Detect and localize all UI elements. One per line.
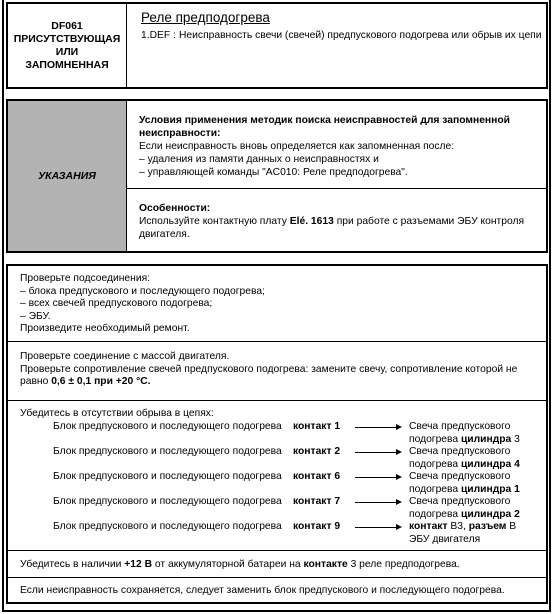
ground-check-text: Проверьте соединение с массой двигателя. [20, 351, 534, 364]
row-pin: контакт 1 [293, 421, 340, 434]
battery-text-pre: Убедитесь в наличии [20, 559, 124, 570]
row-source: Блок предпускового и последующего подогр… [53, 446, 282, 459]
fault-status-line: ЗАПОМНЕННАЯ [25, 59, 108, 72]
continuity-row: Блок предпускового и последующего подогр… [8, 421, 546, 446]
connections-item: – блока предпускового и последующего под… [20, 286, 534, 299]
battery-text-post: 3 реле предподогрева. [348, 559, 460, 570]
battery-voltage: +12 В [124, 559, 152, 570]
continuity-intro: Убедитесь в отсутствии обрыва в цепях: [20, 408, 534, 421]
conditions-item: – управляющей команды "AC010: Реле предп… [139, 166, 534, 179]
fault-header: DF061 ПРИСУТСТВУЮЩАЯ ИЛИ ЗАПОМНЕННАЯ Рел… [6, 2, 548, 89]
row-destination: контакт B3, разъем BЭБУ двигателя [409, 521, 539, 546]
final-text: Если неисправность сохраняется, следует … [20, 585, 505, 596]
arrow-icon [355, 527, 399, 528]
arrow-icon [355, 502, 399, 503]
resistance-temp: +20 °C. [116, 376, 151, 387]
row-source: Блок предпускового и последующего подогр… [53, 496, 282, 509]
row-source: Блок предпускового и последующего подогр… [53, 471, 282, 484]
row-destination: Свеча предпусковогоподогрева цилиндра 2 [409, 496, 539, 521]
row-destination: Свеча предпусковогоподогрева цилиндра 4 [409, 446, 539, 471]
resistance-text: Проверьте сопротивление свечей предпуско… [20, 364, 534, 389]
row-pin: контакт 9 [293, 521, 340, 534]
checks-box: Проверьте подсоединения: – блока предпус… [6, 264, 548, 604]
resistance-check: Проверьте соединение с массой двигателя.… [8, 342, 546, 401]
connections-item: – ЭБУ. [20, 311, 534, 324]
connections-outro: Произведите необходимый ремонт. [20, 323, 534, 336]
conditions-intro: Если неисправность вновь определяется ка… [139, 140, 534, 153]
connections-intro: Проверьте подсоединения: [20, 273, 534, 286]
continuity-row: Блок предпускового и последующего подогр… [8, 496, 546, 521]
connections-check: Проверьте подсоединения: – блока предпус… [8, 266, 546, 342]
fault-description-cell: Реле предподогрева 1.DEF : Неисправность… [127, 4, 546, 87]
fault-status-line: ИЛИ [56, 46, 78, 59]
row-pin: контакт 7 [293, 496, 340, 509]
conditions-title: Условия применения методик поиска неиспр… [139, 114, 534, 140]
battery-contact: контакте [304, 559, 348, 570]
battery-text-mid: от аккумуляторной батареи на [152, 559, 303, 570]
connections-item: – всех свечей предпускового подогрева; [20, 298, 534, 311]
arrow-icon [355, 452, 399, 453]
indications-label-cell: УКАЗАНИЯ [8, 101, 127, 251]
features-text-pre: Используйте контактную плату [139, 216, 290, 227]
continuity-row: Блок предпускового и последующего подогр… [8, 446, 546, 471]
features-title: Особенности: [139, 202, 534, 215]
features-text: Используйте контактную плату Elé. 1613 п… [139, 215, 534, 241]
final-action: Если неисправность сохраняется, следует … [8, 578, 546, 602]
features-cell: Особенности: Используйте контактную плат… [127, 190, 546, 251]
indications-label: УКАЗАНИЯ [38, 170, 96, 182]
continuity-check: Убедитесь в отсутствии обрыва в цепях: Б… [8, 401, 546, 551]
resistance-value: 0,6 ± 0,1 [51, 376, 91, 387]
fault-code: DF061 [51, 20, 83, 33]
row-source: Блок предпускового и последующего подогр… [53, 421, 282, 434]
row-pin: контакт 6 [293, 471, 340, 484]
indications-box: УКАЗАНИЯ Условия применения методик поис… [6, 99, 548, 253]
tool-reference: Elé. 1613 [290, 216, 334, 227]
arrow-icon [355, 427, 399, 428]
fault-title: Реле предподогрева [141, 10, 270, 25]
row-destination: Свеча предпусковогоподогрева цилиндра 3 [409, 421, 539, 446]
arrow-icon [355, 477, 399, 478]
battery-check: Убедитесь в наличии +12 В от аккумулятор… [8, 551, 546, 578]
row-destination: Свеча предпусковогоподогрева цилиндра 1 [409, 471, 539, 496]
conditions-cell: Условия применения методик поиска неиспр… [127, 101, 546, 189]
def-code: 1.DEF : [141, 29, 176, 42]
fault-status-line: ПРИСУТСТВУЮЩАЯ [14, 33, 121, 46]
resistance-mid: при [91, 376, 116, 387]
def-text: Неисправность свечи (свечей) предпусково… [179, 29, 551, 42]
row-pin: контакт 2 [293, 446, 340, 459]
continuity-row: Блок предпускового и последующего подогр… [8, 471, 546, 496]
fault-code-cell: DF061 ПРИСУТСТВУЮЩАЯ ИЛИ ЗАПОМНЕННАЯ [8, 4, 127, 87]
row-source: Блок предпускового и последующего подогр… [53, 521, 282, 534]
continuity-row: Блок предпускового и последующего подогр… [8, 521, 546, 546]
conditions-item: – удаления из памяти данных о неисправно… [139, 153, 534, 166]
